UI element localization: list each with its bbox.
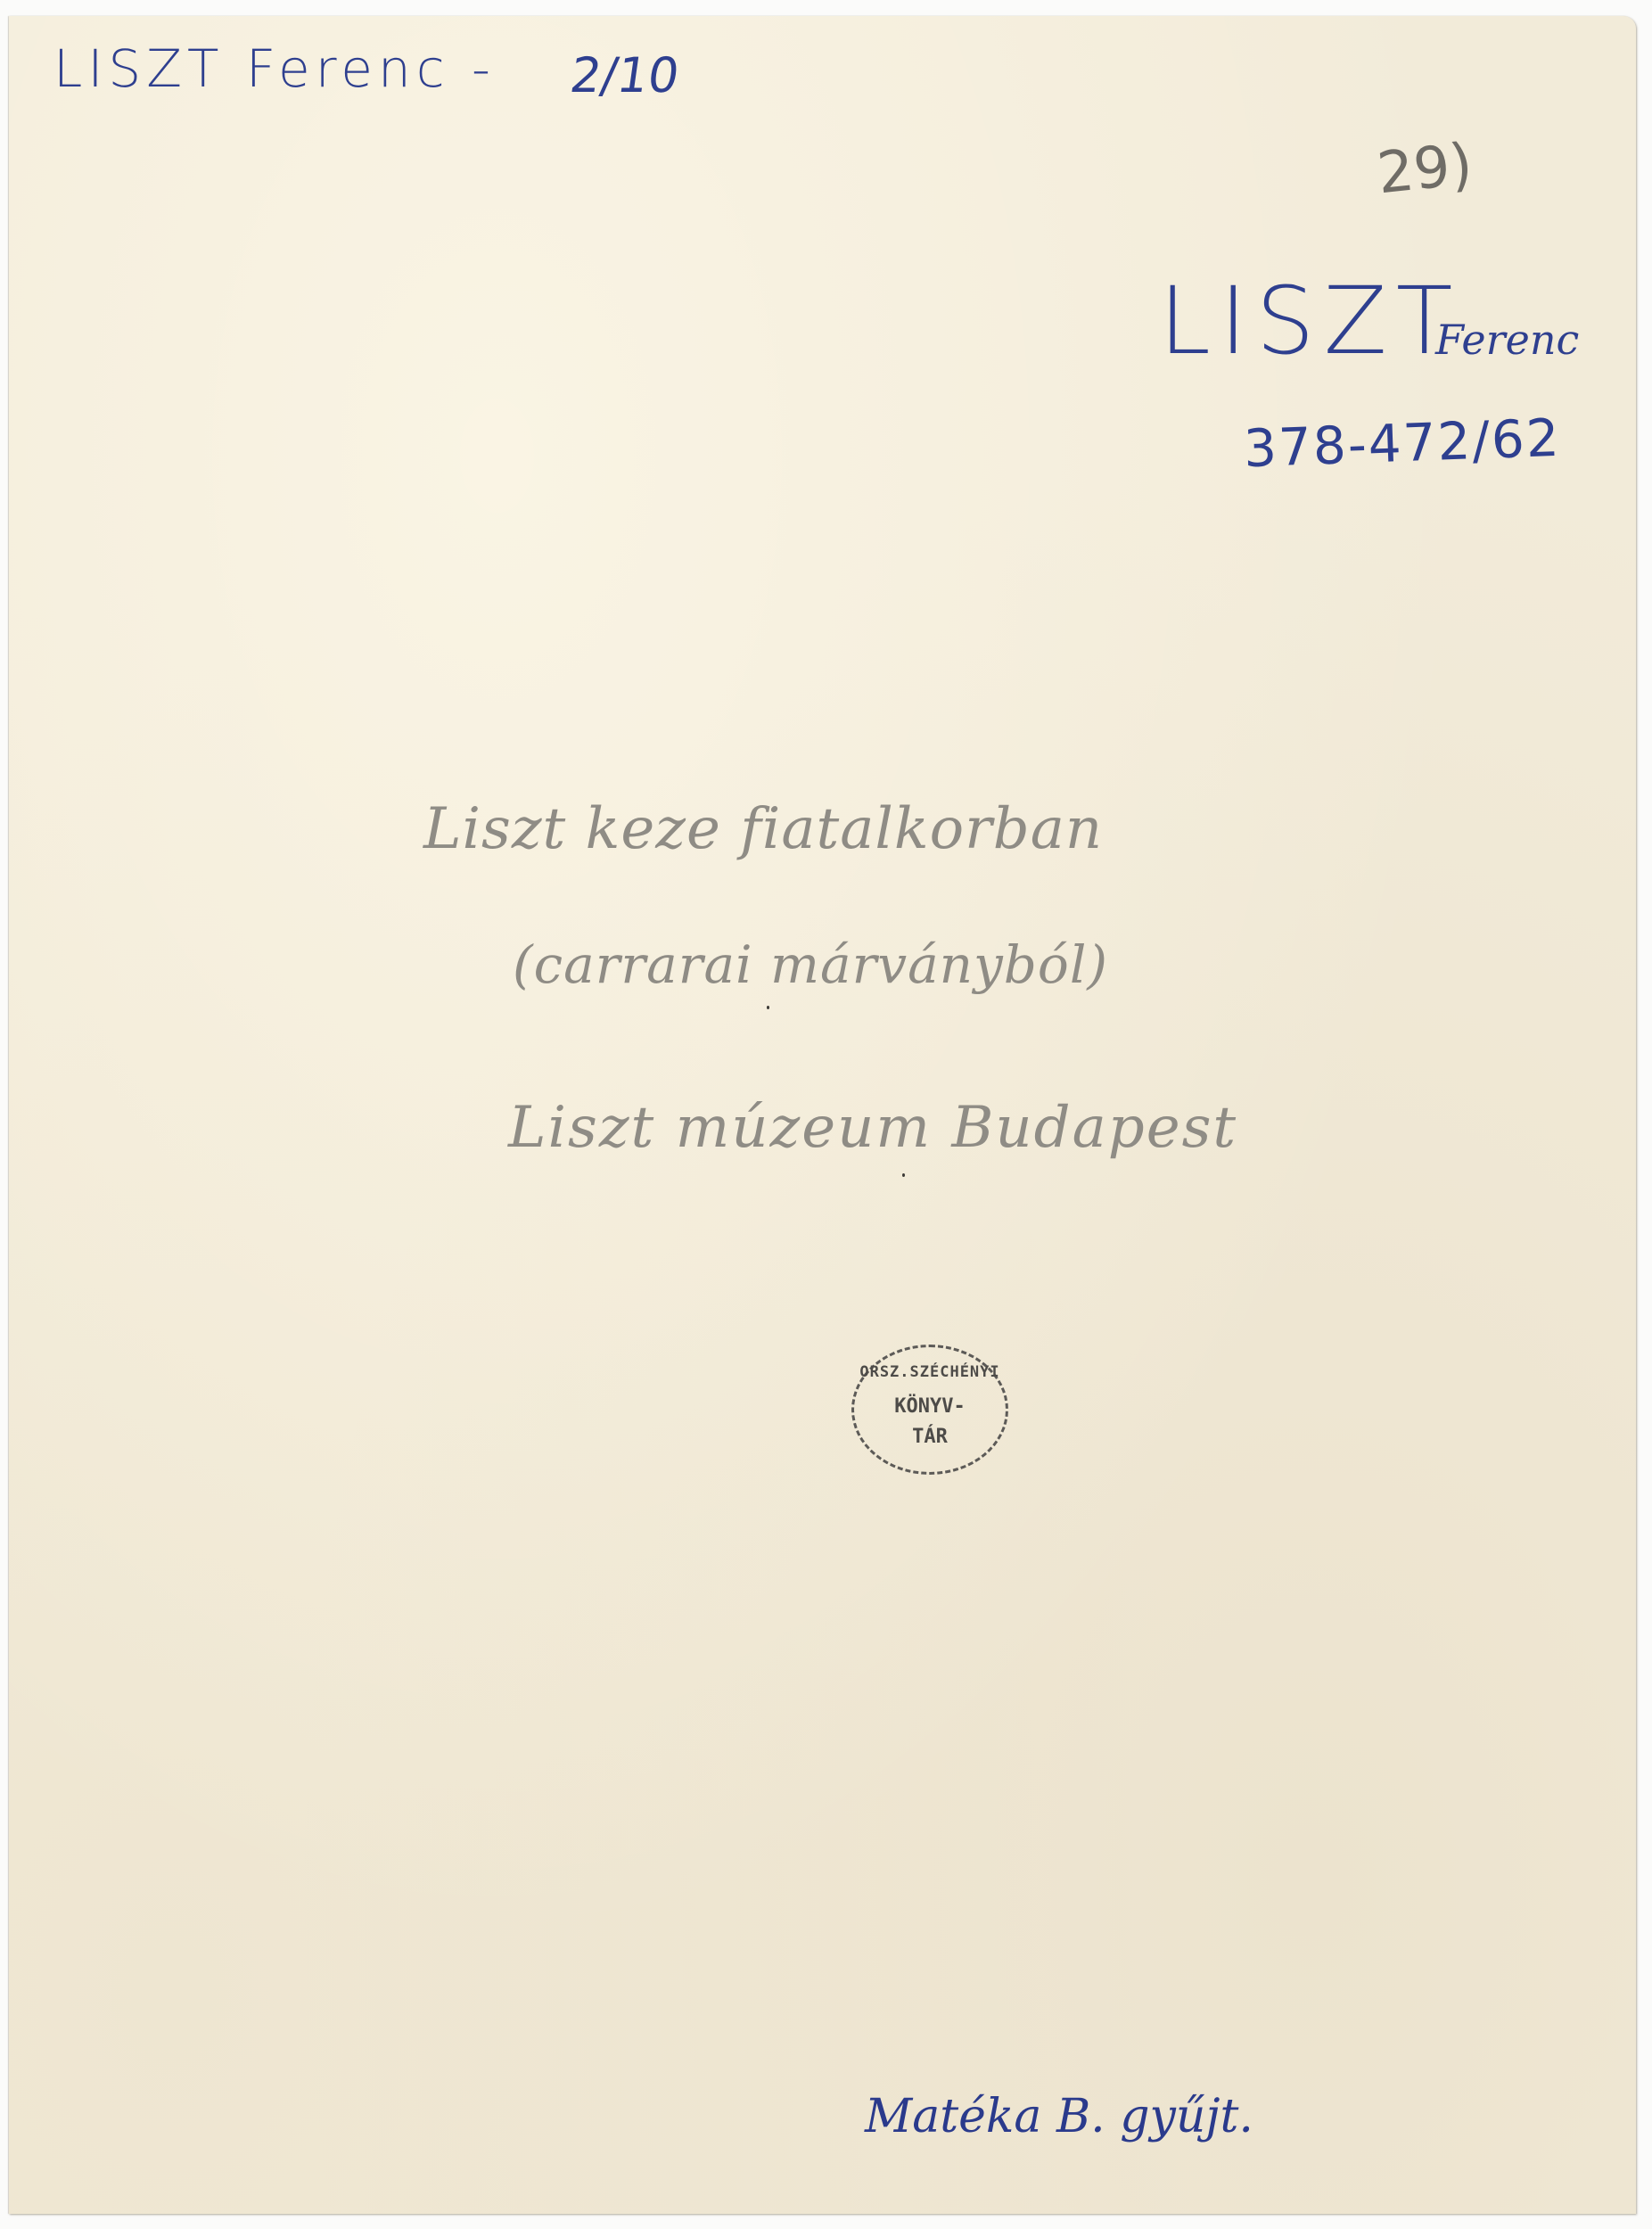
library-stamp: ORSZ.SZÉCHÉNYI KÖNYV- TÁR — [851, 1345, 1008, 1475]
speck — [902, 1173, 905, 1177]
top-right-name-suffix: Ferenc — [1435, 319, 1579, 360]
caption-line-1: Liszt keze fiatalkorban — [423, 801, 1103, 858]
top-left-title: LISZT Ferenc - — [53, 43, 496, 95]
caption-line-2: (carrarai márványból) — [513, 939, 1108, 991]
stamp-line-1: ORSZ.SZÉCHÉNYI — [854, 1363, 1006, 1381]
pencil-item-number: 29) — [1375, 136, 1475, 203]
catalog-number: 378-472/62 — [1243, 412, 1561, 474]
speck — [767, 1006, 769, 1009]
stamp-line-2: KÖNYV- — [854, 1395, 1006, 1418]
top-left-fraction: 2/10 — [567, 52, 682, 100]
top-right-name: LISZT — [1159, 275, 1461, 367]
stamp-line-3: TÁR — [854, 1426, 1006, 1448]
photo-card-back: LISZT Ferenc - 2/10 29) LISZT Ferenc 378… — [9, 16, 1636, 2214]
collection-note: Matéka B. gyűjt. — [865, 2093, 1253, 2140]
caption-line-3: Liszt múzeum Budapest — [508, 1099, 1237, 1156]
